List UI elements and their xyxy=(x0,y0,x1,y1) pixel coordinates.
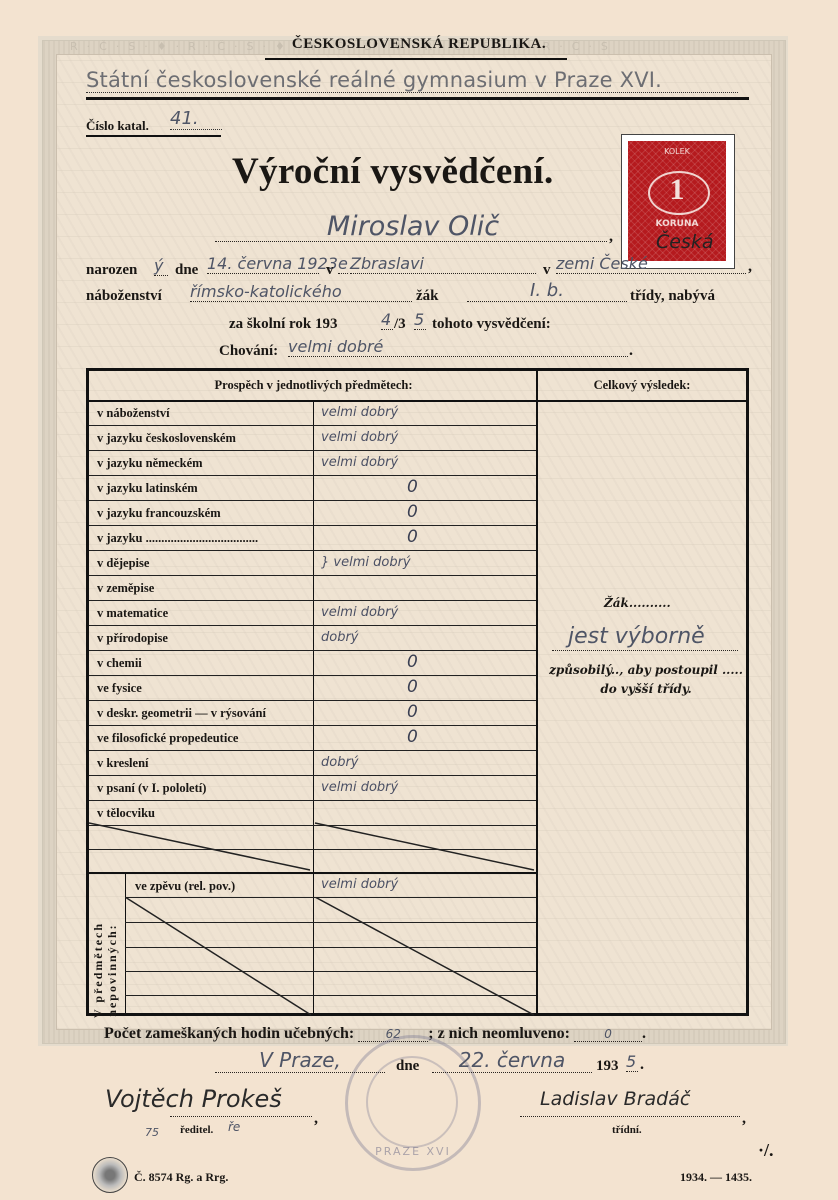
certificate-title: Výroční vysvědčení. xyxy=(232,150,554,193)
subject-label: v kreslení xyxy=(97,756,149,771)
catalog-underline xyxy=(86,135,221,137)
optional-section-label: V předmětech nepovinných: xyxy=(91,904,119,1036)
director-note: ře xyxy=(228,1120,240,1134)
class-value: I. b. xyxy=(467,280,627,302)
subject-grade: 0 xyxy=(407,477,418,497)
subject-grade: 0 xyxy=(407,527,418,547)
place-value: V Praze, xyxy=(215,1048,385,1073)
subject-row-line xyxy=(89,625,536,626)
subject-row-line xyxy=(89,800,536,801)
class-teacher-title: třídní. xyxy=(612,1124,642,1136)
subject-grade: 0 xyxy=(407,727,418,747)
subject-row-line xyxy=(89,450,536,451)
school-underline xyxy=(86,97,749,100)
birthplace: Zbraslavi xyxy=(350,254,536,274)
unexcused-label: ; z nich neomluveno: xyxy=(428,1025,570,1042)
subject-label: v chemii xyxy=(97,656,142,671)
subject-grade: velmi dobrý xyxy=(321,455,398,470)
subject-label: v jazyku ...............................… xyxy=(97,531,258,546)
unexcused-value: 0 xyxy=(574,1027,642,1042)
subject-grade: velmi dobrý xyxy=(321,780,398,795)
stamp-cancellation: Česká xyxy=(656,231,714,253)
stamp-currency: KORUNA xyxy=(628,219,726,229)
stamp-top-text: KOLEK xyxy=(628,147,726,156)
printer-seal-icon xyxy=(92,1157,128,1193)
subject-row-line xyxy=(89,425,536,426)
grades-header-left: Prospěch v jednotlivých předmětech: xyxy=(89,371,538,402)
class-teacher-comma: , xyxy=(742,1110,746,1128)
subject-row-line xyxy=(89,675,536,676)
subject-grade: 0 xyxy=(407,652,418,672)
catalog-label: Číslo katal. xyxy=(86,118,149,134)
class-suffix: třídy, nabývá xyxy=(630,288,715,305)
director-signature-line xyxy=(170,1116,312,1117)
subject-row-line xyxy=(89,750,536,751)
blank-rows-strike xyxy=(89,820,536,872)
school-dotted-line xyxy=(86,92,738,93)
subject-row-line xyxy=(89,650,536,651)
overall-result: jest výborně xyxy=(552,624,754,649)
in-suffix: e xyxy=(338,254,348,274)
missed-hours-label: Počet zameškaných hodin učebných: xyxy=(104,1025,354,1042)
grades-header-right-text: Celkový výsledek: xyxy=(538,371,746,400)
subject-row-line xyxy=(89,700,536,701)
republic-heading: ČESKOSLOVENSKÁ REPUBLIKA. xyxy=(0,36,838,53)
revenue-stamp: KOLEK 1 KORUNA Česká xyxy=(621,134,735,269)
catalog-number: 41. xyxy=(170,108,222,130)
day-label: dne xyxy=(175,262,198,279)
subject-grade: } velmi dobrý xyxy=(321,555,411,570)
student-name-line xyxy=(215,241,607,242)
subject-grade: 0 xyxy=(407,702,418,722)
subject-label: v jazyku československém xyxy=(97,431,236,446)
year-prefix: 193 xyxy=(596,1058,619,1075)
subject-label: v tělocviku xyxy=(97,806,155,821)
optional-label-line1: V předmětech xyxy=(91,922,105,1018)
stamp-value: 1 xyxy=(628,173,726,207)
religion-label: náboženství xyxy=(86,288,162,305)
conduct-value: velmi dobré xyxy=(288,337,628,357)
subject-grade: velmi dobrý xyxy=(321,405,398,420)
land-comma: , xyxy=(748,258,752,276)
religion: římsko-katolického xyxy=(190,282,412,302)
subject-label: v zeměpise xyxy=(97,581,154,596)
subject-label: v jazyku německém xyxy=(97,456,203,471)
official-stamp-text: PRAZE XVI xyxy=(348,1145,478,1158)
overall-pupil-label: Žák.......... xyxy=(604,596,671,610)
subject-label: v dějepise xyxy=(97,556,149,571)
school-year-prefix: za školní rok 193 xyxy=(229,316,338,333)
subject-label: v deskr. geometrii — v rýsování xyxy=(97,706,266,721)
subject-row-line xyxy=(89,525,536,526)
subject-row-line xyxy=(89,550,536,551)
conduct-label: Chování: xyxy=(219,343,278,360)
subject-grade: velmi dobrý xyxy=(321,605,398,620)
name-comma: , xyxy=(609,228,613,246)
subject-grade: dobrý xyxy=(321,630,359,645)
date-value: 22. června xyxy=(432,1048,592,1073)
grades-header-right: Celkový výsledek: xyxy=(538,371,746,402)
grades-header-left-text: Prospěch v jednotlivých předmětech: xyxy=(89,371,538,400)
land: zemi České xyxy=(556,254,746,274)
subject-row-line xyxy=(89,475,536,476)
director-signature: Vojtěch Prokeš xyxy=(105,1085,282,1113)
subject-row-line xyxy=(89,725,536,726)
subject-label: v psaní (v I. pololetí) xyxy=(97,781,206,796)
result-column-separator xyxy=(536,371,538,1016)
director-comma: , xyxy=(314,1110,318,1128)
subject-row-line xyxy=(89,775,536,776)
pupil-label: žák xyxy=(416,288,439,305)
born-label: narozen xyxy=(86,262,137,279)
republic-underline xyxy=(265,58,567,60)
subject-grade: 0 xyxy=(407,677,418,697)
optional-label-line2: nepovinných: xyxy=(105,923,119,1016)
subject-grade: dobrý xyxy=(321,755,359,770)
footer-mark: ·/. xyxy=(758,1140,774,1161)
born-suffix: ý xyxy=(154,256,168,276)
school-year-mid: /3 xyxy=(394,316,406,333)
subject-grade: velmi dobrý xyxy=(321,430,398,445)
optional-subject-singing: ve zpěvu (rel. pov.) xyxy=(135,879,235,894)
subject-row-line xyxy=(89,500,536,501)
subject-label: v přírodopise xyxy=(97,631,168,646)
subject-label: v náboženství xyxy=(97,406,170,421)
subject-label: v matematice xyxy=(97,606,168,621)
class-teacher-line xyxy=(520,1116,740,1117)
subject-label: ve fysice xyxy=(97,681,142,696)
attendance-line: Počet zameškaných hodin učebných: 62; z … xyxy=(104,1025,646,1043)
form-code: Č. 8574 Rg. a Rrg. xyxy=(134,1170,228,1185)
subject-label: v jazyku latinském xyxy=(97,481,198,496)
director-title: ředitel. xyxy=(180,1124,213,1136)
form-years: 1934. — 1435. xyxy=(680,1170,752,1185)
conduct-period: . xyxy=(629,342,633,360)
year-suffix: 5 xyxy=(626,1052,638,1072)
school-year-b: 5 xyxy=(414,310,426,330)
revenue-stamp-face: KOLEK 1 KORUNA Česká xyxy=(628,141,726,261)
student-name: Miroslav Olič xyxy=(215,211,611,242)
overall-eligibility: způsobilý.., aby postoupil ..... xyxy=(546,663,746,677)
land-label: v xyxy=(543,262,551,279)
overall-advance: do vyšší třídy. xyxy=(546,682,746,696)
subject-label: v jazyku francouzském xyxy=(97,506,221,521)
school-year-a: 4 xyxy=(381,310,393,330)
subject-label: ve filosofické propedeutice xyxy=(97,731,238,746)
class-teacher-signature: Ladislav Bradáč xyxy=(540,1088,690,1110)
overall-result-line xyxy=(552,650,738,651)
year-period: . xyxy=(640,1056,644,1074)
optional-grade-singing: velmi dobrý xyxy=(321,877,398,892)
in-label: v xyxy=(326,262,334,279)
birth-date: 14. června 1923 xyxy=(207,254,319,274)
subject-row-line xyxy=(89,575,536,576)
director-mark: 75 xyxy=(145,1126,159,1139)
optional-rows-strike xyxy=(125,897,536,1017)
school-year-suffix: tohoto vysvědčení: xyxy=(432,316,551,333)
subject-grade: 0 xyxy=(407,502,418,522)
school-name: Státní československé reálné gymnasium v… xyxy=(86,68,736,92)
subject-row-line xyxy=(89,600,536,601)
date-day-label: dne xyxy=(396,1058,419,1075)
optional-section-divider xyxy=(89,872,536,874)
